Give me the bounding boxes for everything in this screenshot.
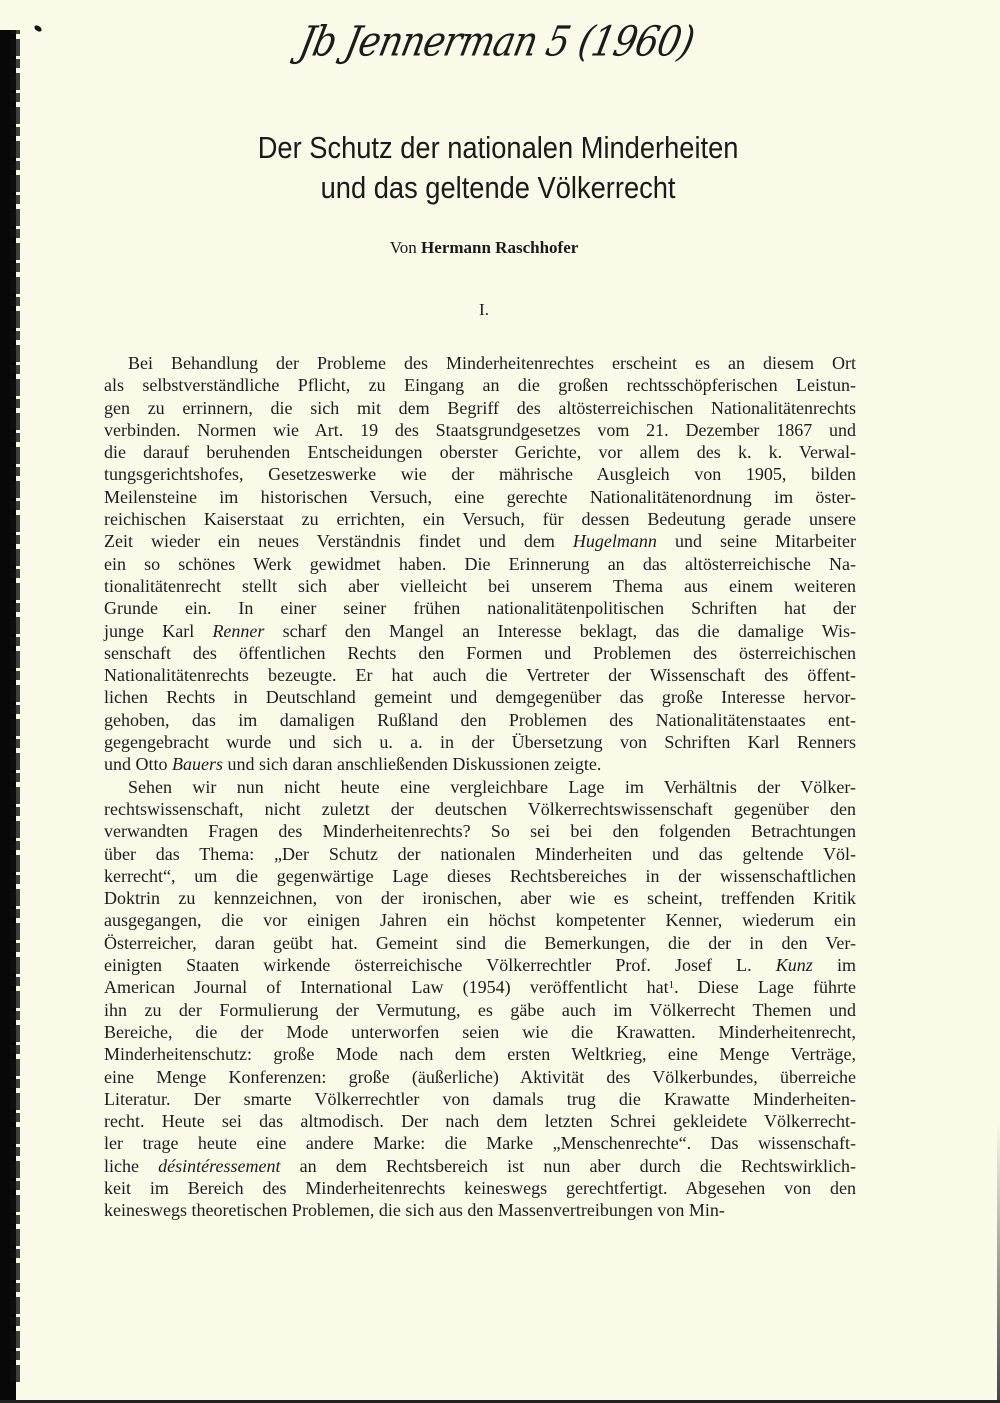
- section-number: I.: [0, 300, 968, 320]
- italic-name: Hugelmann: [573, 531, 657, 551]
- text-line: American Journal of International Law (1…: [104, 976, 856, 998]
- title-line-2: und das geltende Völkerrecht: [58, 168, 938, 208]
- text-line: lichen Rechts in Deutschland gemeint und…: [104, 686, 856, 708]
- text-line: junge Karl Renner scharf den Mangel an I…: [104, 620, 856, 642]
- text-line: eine Menge Konferenzen: große (äußerlich…: [104, 1066, 856, 1088]
- italic-name: Bauers: [172, 754, 223, 774]
- text-line: über das Thema: „Der Schutz der national…: [104, 843, 856, 865]
- text-line: Meilensteine im historischen Versuch, ei…: [104, 486, 856, 508]
- text-line: tungsgerichtshofes, Gesetzeswerke wie de…: [104, 463, 856, 485]
- text-line: verwandten Fragen des Minderheitenrechts…: [104, 820, 856, 842]
- byline: Von Hermann Raschhofer: [0, 238, 968, 258]
- text-line: recht. Heute sei das altmodisch. Der nac…: [104, 1110, 856, 1132]
- article-title: Der Schutz der nationalen Minderheiten u…: [58, 128, 938, 208]
- text-line: einigten Staaten wirkende österreichisch…: [104, 954, 856, 976]
- italic-name: Renner: [212, 621, 264, 641]
- body-text: Bei Behandlung der Probleme des Minderhe…: [104, 352, 856, 1222]
- text-line: reichischen Kaiserstaat zu errichten, ei…: [104, 508, 856, 530]
- text-line: tionalitätenrecht stellt sich aber viell…: [104, 575, 856, 597]
- author-name: Hermann Raschhofer: [421, 238, 578, 257]
- text-line: Bei Behandlung der Probleme des Minderhe…: [104, 352, 856, 374]
- text-line: als selbstverständliche Pflicht, zu Eing…: [104, 374, 856, 396]
- text-line: die darauf beruhenden Entscheidungen obe…: [104, 441, 856, 463]
- footnote-ref[interactable]: 1: [669, 979, 675, 991]
- text-line: gen zu errinnern, die sich mit dem Begri…: [104, 397, 856, 419]
- text-line: senschaft des öffentlichen Rechts den Fo…: [104, 642, 856, 664]
- text-line: Literatur. Der smarte Völkerrechtler von…: [104, 1088, 856, 1110]
- byline-prefix: Von: [390, 238, 417, 257]
- text-line: liche désintéressement an dem Rechtsbere…: [104, 1155, 856, 1177]
- text-line: Bereiche, die der Mode unterworfen seien…: [104, 1021, 856, 1043]
- text-line: keit im Bereich des Minderheitenrechts k…: [104, 1177, 856, 1199]
- text-line: verbinden. Normen wie Art. 19 des Staats…: [104, 419, 856, 441]
- text-line: gegengebracht wurde und sich u. a. in de…: [104, 731, 856, 753]
- text-line: Doktrin zu kennzeichnen, von der ironisc…: [104, 887, 856, 909]
- text-line: kerrecht“, um die gegenwärtige Lage dies…: [104, 865, 856, 887]
- italic-name: Kunz: [776, 955, 813, 975]
- page-corner: [0, 0, 22, 30]
- text-line: ausgegangen, die vor einigen Jahren ein …: [104, 909, 856, 931]
- paragraph: Sehen wir nun nicht heute eine vergleich…: [104, 776, 856, 1222]
- text-line: Österreicher, daran geübt hat. Gemeint s…: [104, 932, 856, 954]
- text-line: gehoben, das im damaligen Rußland den Pr…: [104, 709, 856, 731]
- text-line: und Otto Bauers und sich daran anschließ…: [104, 753, 856, 775]
- ink-mark: [33, 24, 42, 33]
- handwritten-annotation: Jb Jennerman 5 (1960): [295, 19, 698, 66]
- text-line: keineswegs theoretischen Problemen, die …: [104, 1199, 856, 1221]
- italic-name: désintéressement: [158, 1156, 280, 1176]
- text-line: rechtswissenschaft, nicht zuletzt der de…: [104, 798, 856, 820]
- binding-shadow: [0, 0, 16, 1403]
- text-line: Grunde ein. In einer seiner frühen natio…: [104, 597, 856, 619]
- text-line: Nationalitätenrechts bezeugte. Er hat au…: [104, 664, 856, 686]
- scanned-page: Jb Jennerman 5 (1960) Der Schutz der nat…: [0, 0, 1000, 1403]
- text-line: Minderheitenschutz: große Mode nach dem …: [104, 1043, 856, 1065]
- paragraph: Bei Behandlung der Probleme des Minderhe…: [104, 352, 856, 776]
- text-line: Zeit wieder ein neues Verständnis findet…: [104, 530, 856, 552]
- text-line: ein so schönes Werk gewidmet haben. Die …: [104, 553, 856, 575]
- title-line-1: Der Schutz der nationalen Minderheiten: [58, 128, 938, 168]
- text-line: Sehen wir nun nicht heute eine vergleich…: [104, 776, 856, 798]
- text-line: ler trage heute eine andere Marke: die M…: [104, 1132, 856, 1154]
- text-line: ihn zu der Formulierung der Vermutung, e…: [104, 999, 856, 1021]
